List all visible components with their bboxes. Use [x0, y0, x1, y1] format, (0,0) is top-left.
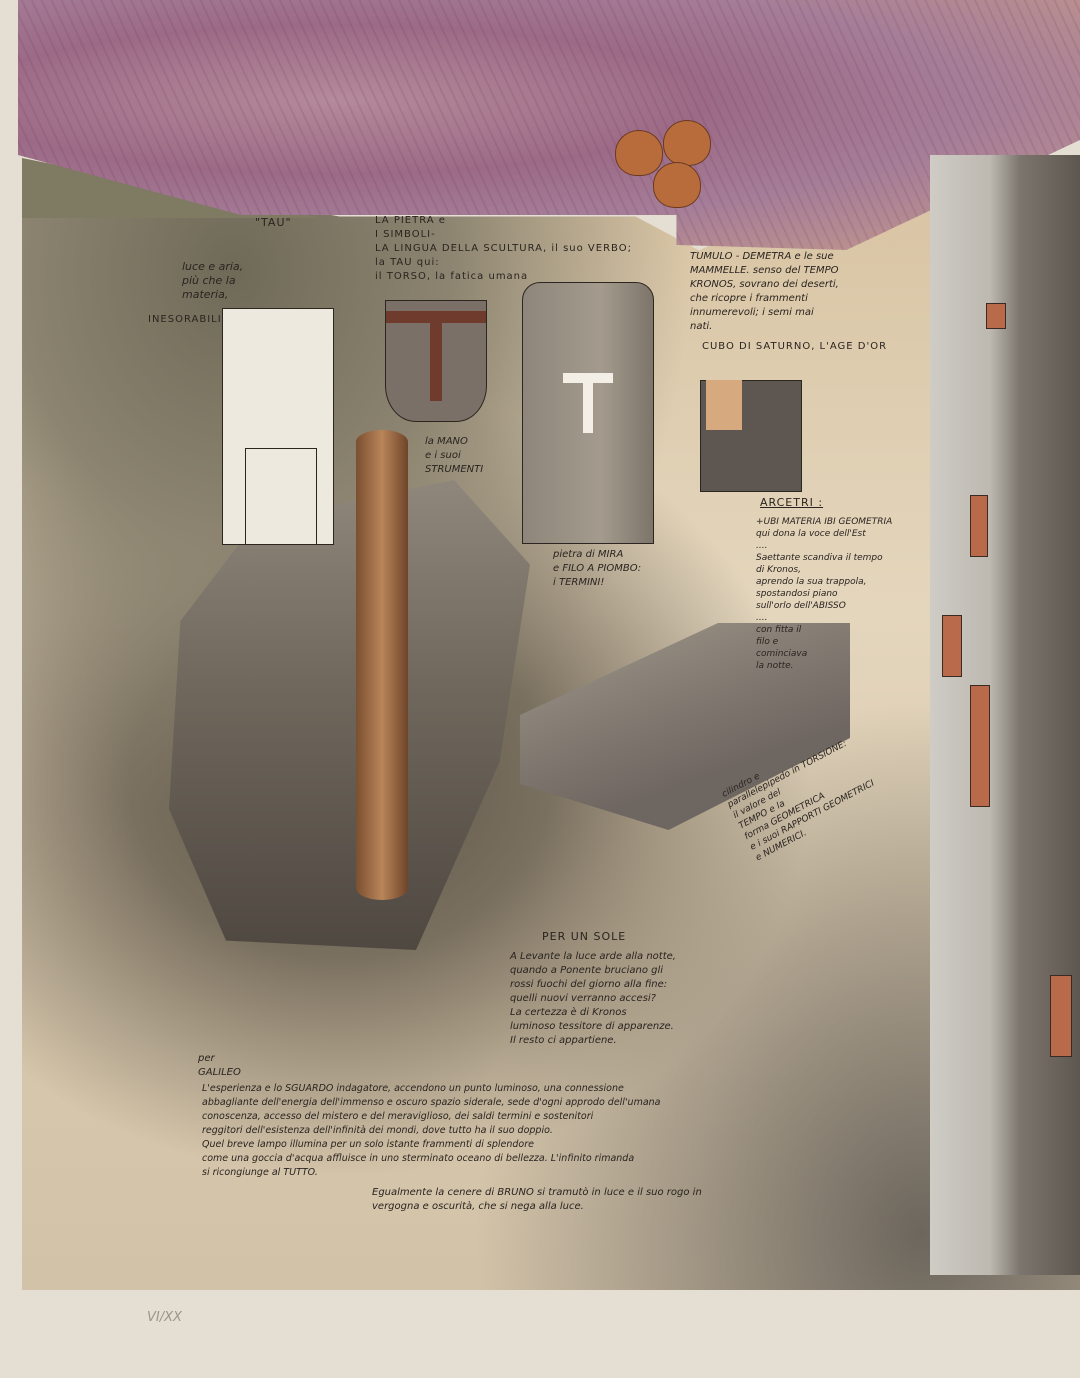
hand-tools-note: la MANO e i suoi STRUMENTI — [425, 435, 483, 477]
galileo-title: per GALILEO — [198, 1052, 241, 1080]
arcetri-title: ARCETRI : — [760, 496, 823, 510]
arcetri-note: +UBI MATERIA IBI GEOMETRIA qui dona la v… — [756, 516, 892, 672]
per-un-sole-note: A Levante la luce arde alla notte, quand… — [510, 950, 676, 1048]
edition-mark: VI/XX — [147, 1310, 182, 1325]
cubo-saturno-note: CUBO DI SATURNO, L'AGE D'OR — [702, 340, 887, 354]
stele-with-tau — [522, 282, 654, 544]
light-air-note: luce e aria, più che la materia, — [182, 260, 243, 302]
pietra-mira-note: pietra di MIRA e FILO A PIOMBO: i TERMIN… — [553, 548, 641, 590]
galileo-note: L'esperienza e lo SGUARDO indagatore, ac… — [202, 1082, 1032, 1180]
bronze-column — [356, 430, 408, 900]
inesorabili-note: INESORABILI — [148, 313, 222, 327]
tumulo-note: TUMULO - DEMETRA e le sue MAMMELLE. sens… — [690, 250, 839, 334]
saturn-cube-frame — [706, 380, 742, 430]
per-un-sole-title: PER UN SOLE — [542, 930, 626, 944]
tau-stone — [385, 300, 487, 422]
nuts-cluster — [615, 120, 725, 210]
torso-sketch — [222, 308, 334, 545]
tau-label: "TAU" — [255, 216, 292, 230]
stone-symbols-note: LA PIETRA e I SIMBOLI- LA LINGUA DELLA S… — [375, 214, 632, 284]
bruno-note: Egualmente la cenere di BRUNO si tramutò… — [372, 1186, 702, 1214]
